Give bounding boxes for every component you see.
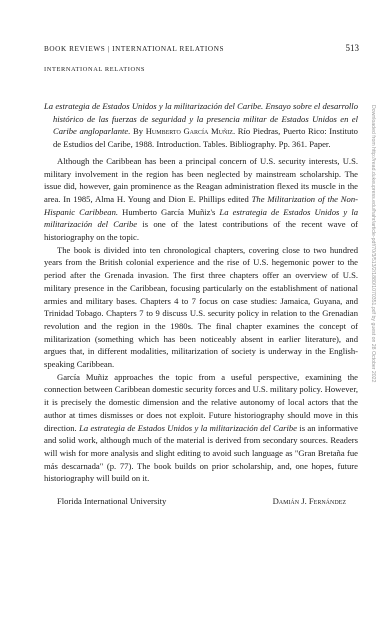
page-number: 513 [346, 43, 360, 53]
text-run: Humberto García Muñiz's [118, 207, 219, 217]
italic-title: La estrategia de Estados Unidos y la mil… [79, 423, 297, 433]
running-head-title: Book Reviews | International Relations [44, 45, 224, 53]
book-author: Humberto García Muñiz. [146, 126, 235, 136]
section-title: International Relations [44, 66, 145, 73]
reviewer-institution: Florida International University [57, 495, 166, 508]
running-head: Book Reviews | International Relations 5… [44, 43, 359, 53]
review-paragraph-2: The book is divided into ten chronologic… [44, 244, 358, 371]
book-citation: La estrategia de Estados Unidos y la mil… [44, 100, 358, 151]
citation-by: By [133, 126, 143, 136]
review-content: La estrategia de Estados Unidos y la mil… [44, 100, 358, 508]
review-paragraph-3: García Muñiz approaches the topic from a… [44, 371, 358, 485]
review-paragraph-1: Although the Caribbean has been a princi… [44, 155, 358, 244]
reviewer-signature: Florida International University Damián … [44, 495, 358, 508]
download-watermark: Downloaded from http://read.dukeupress.e… [370, 105, 376, 505]
reviewer-name: Damián J. Fernández [273, 495, 346, 508]
